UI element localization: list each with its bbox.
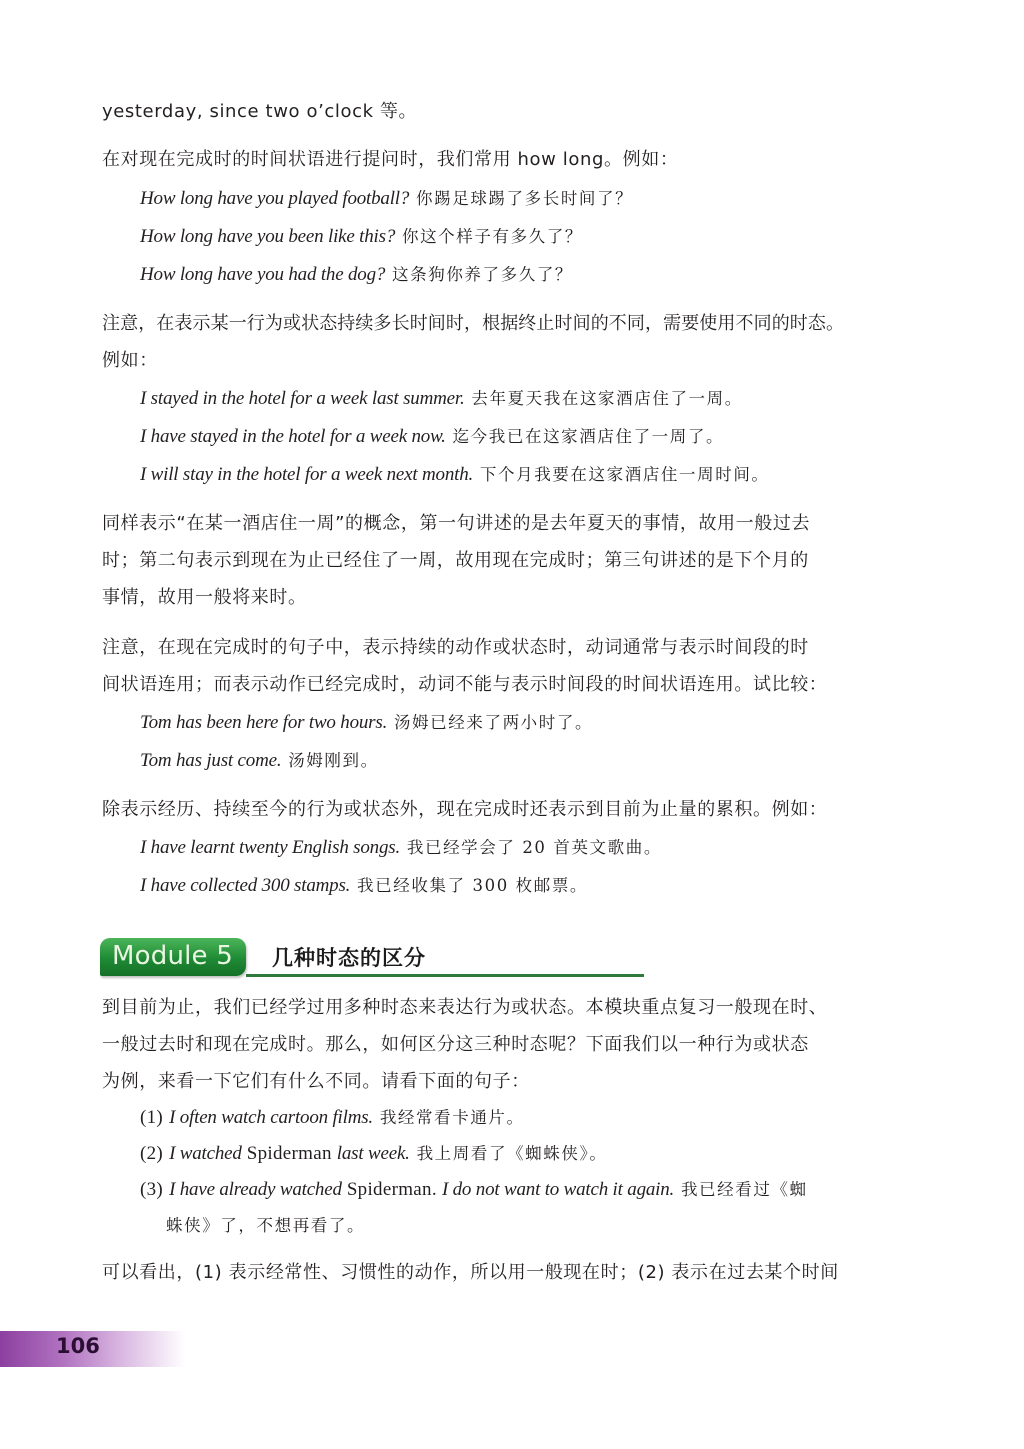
numbered-example: (3)I have already watched Spiderman. I d… — [140, 1177, 808, 1203]
paragraph: 到目前为止，我们已经学过用多种时态来表达行为或状态。本模块重点复习一般现在时、 — [102, 995, 827, 1021]
paragraph: 一般过去时和现在完成时。那么，如何区分这三种时态呢？下面我们以一种行为或状态 — [102, 1032, 809, 1058]
module-title: 几种时态的区分 — [272, 942, 426, 972]
heading-underline — [246, 974, 644, 977]
paragraph: 时；第二句表示到现在为止已经住了一周，故用现在完成时；第三句讲述的是下个月的 — [102, 548, 809, 574]
paragraph: 间状语连用；而表示动作已经完成时，动词不能与表示时间段的时间状语连用。试比较： — [102, 672, 827, 698]
numbered-example-continuation: 蛛侠》了，不想再看了。 — [166, 1213, 365, 1239]
paragraph: yesterday, since two o’clock 等。 — [102, 99, 417, 125]
paragraph: 同样表示“在某一酒店住一周”的概念，第一句讲述的是去年夏天的事情，故用一般过去 — [102, 511, 810, 537]
example-sentence: How long have you been like this? 你这个样子有… — [140, 224, 583, 250]
paragraph: 注意，在现在完成时的句子中，表示持续的动作或状态时，动词通常与表示时间段的时 — [102, 635, 809, 661]
paragraph-text: yesterday, since two o’clock 等。 — [102, 101, 417, 122]
paragraph: 在对现在完成时的时间状语进行提问时，我们常用 how long。例如： — [102, 147, 678, 173]
example-sentence: I have learnt twenty English songs. 我已经学… — [140, 835, 662, 861]
example-sentence: I will stay in the hotel for a week next… — [140, 462, 770, 488]
example-sentence: How long have you had the dog? 这条狗你养了多久了… — [140, 262, 573, 288]
numbered-example: (2)I watched Spiderman last week. 我上周看了《… — [140, 1141, 607, 1167]
module-heading: Module 5 几种时态的区分 — [100, 934, 645, 984]
example-sentence: I have stayed in the hotel for a week no… — [140, 424, 724, 450]
paragraph: 为例，来看一下它们有什么不同。请看下面的句子： — [102, 1069, 530, 1095]
example-sentence: I stayed in the hotel for a week last su… — [140, 386, 743, 412]
paragraph: 注意，在表示某一行为或状态持续多长时间时，根据终止时间的不同，需要使用不同的时态… — [102, 311, 844, 337]
example-sentence: I have collected 300 stamps. 我已经收集了 300 … — [140, 873, 588, 899]
paragraph: 除表示经历、持续至今的行为或状态外，现在完成时还表示到目前为止量的累积。例如： — [102, 797, 827, 823]
paragraph: 可以看出，(1) 表示经常性、习惯性的动作，所以用一般现在时；(2) 表示在过去… — [102, 1260, 839, 1286]
example-sentence: Tom has just come. 汤姆刚到。 — [140, 748, 379, 774]
paragraph: 事情，故用一般将来时。 — [102, 585, 307, 611]
module-badge: Module 5 — [100, 938, 246, 976]
example-sentence: Tom has been here for two hours. 汤姆已经来了两… — [140, 710, 593, 736]
page-number: 106 — [56, 1334, 100, 1358]
paragraph: 例如： — [102, 348, 158, 374]
example-sentence: How long have you played football? 你踢足球踢… — [140, 186, 633, 212]
numbered-example: (1)I often watch cartoon films. 我经常看卡通片。 — [140, 1105, 525, 1131]
